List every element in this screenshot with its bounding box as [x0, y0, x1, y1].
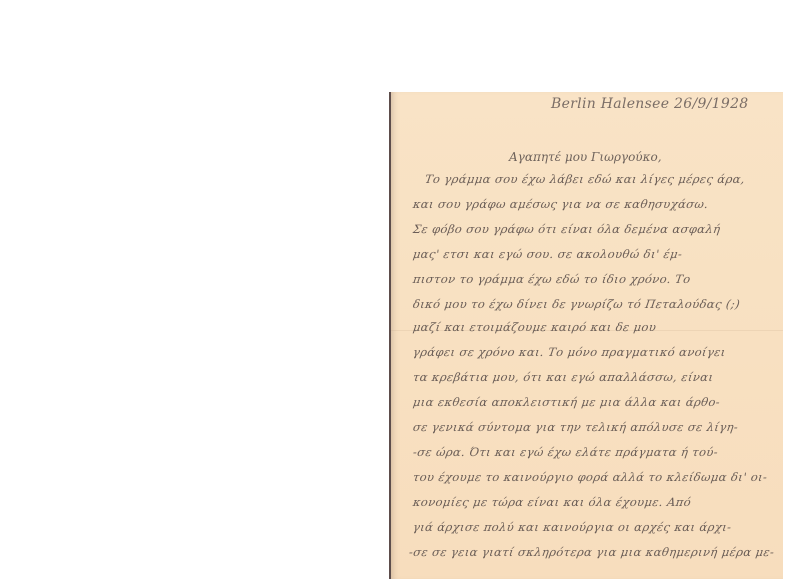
letter-line: κονομίες με τώρα είναι και όλα έχουμε. Α… [412, 495, 692, 509]
scan-canvas: Berlin Halensee 26/9/1928 Αγαπητέ μου Γι… [0, 0, 800, 581]
letter-page: Berlin Halensee 26/9/1928 Αγαπητέ μου Γι… [389, 92, 783, 579]
letter-line: σε γενικά σύντομα για την τελική απόλυσε… [412, 420, 739, 434]
letter-line: δικό μου το έχω δίνει δε γνωρίζω τό Πετα… [412, 297, 741, 311]
letter-line: γιά άρχισε πολύ και καινούργια οι αρχές … [412, 520, 732, 534]
letter-line: τα κρεβάτια μου, ότι και εγώ απαλλάσσω, … [412, 370, 714, 384]
letter-line: γράφει σε χρόνο και. Το μόνο πραγματικό … [412, 345, 727, 359]
letter-line: -σε σε γεια γιατί σκληρότερα για μια καθ… [408, 545, 775, 559]
letter-line: πιστον το γράμμα έχω εδώ το ίδιο χρόνο. … [412, 272, 692, 286]
letter-line: μας' ετσι και εγώ σου. σε ακολουθώ δι' έ… [412, 247, 683, 261]
letter-line: -σε ώρα. Ότι και εγώ έχω ελάτε πράγματα … [412, 445, 719, 459]
letter-line: Σε φόβο σου γράφω ότι είναι όλα δεμένα α… [412, 222, 721, 236]
letter-salutation: Αγαπητέ μου Γιωργούκο, [509, 150, 662, 164]
letter-line: μαζί και ετοιμάζουμε καιρό και δε μου [412, 320, 657, 334]
letter-line: Το γράμμα σου έχω λάβει εδώ και λίγες μέ… [424, 172, 746, 186]
letter-line: μια εκθεσία αποκλειστική με μια άλλα και… [412, 395, 721, 409]
letter-date-header: Berlin Halensee 26/9/1928 [551, 96, 749, 112]
letter-line: και σου γράφω αμέσως για να σε καθησυχάσ… [412, 197, 709, 211]
letter-line: του έχουμε το καινούργιο φορά αλλά το κλ… [412, 470, 768, 484]
